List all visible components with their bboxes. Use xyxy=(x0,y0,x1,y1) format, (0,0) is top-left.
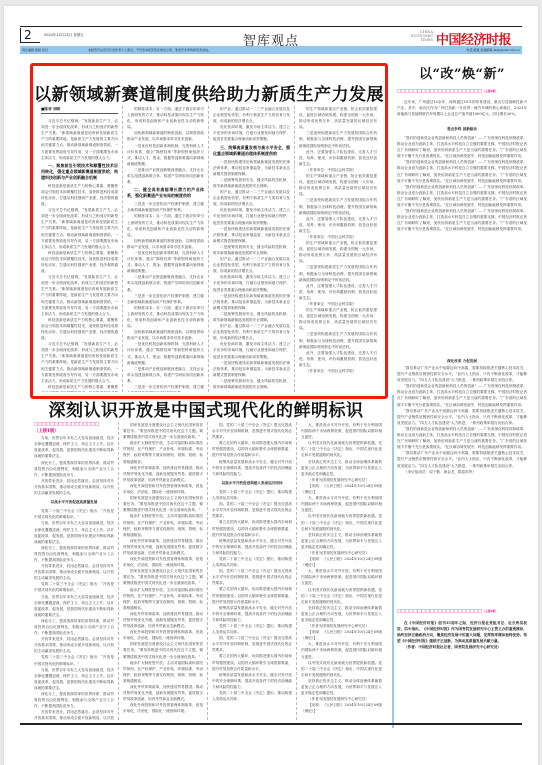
body-paragraph: “我们推动广东产业从中低端迈向中高端，需要持续推进关键核心技术攻关，提升产业链供… xyxy=(397,408,527,426)
body-paragraph: 二是推动产业链创新链深度融合，支持企业牵头组建创新联合体，构建产学研用协同创新体… xyxy=(127,366,204,384)
second-column-2: 国家发展是全面建设社会主义现代化国家的首要任务。“要坚持推进中国式现代化这个主题… xyxy=(119,422,208,720)
body-paragraph: “我们的创新是企业的创新和科技人员的创新”……广东省深化科技体制改革，推动企业成… xyxy=(397,208,527,232)
body-paragraph: 开放带来进步，封闭必然落后。必须坚持对外开放基本国策，推动形成全面开放新格局，以… xyxy=(34,478,114,496)
kicker-suffix: （上接1版） xyxy=(482,609,498,613)
lead-article-columns: ■陈菲 刘晓 习近平总书记强调，“发展新质生产力，必须进一步全面深化改革，形成与… xyxy=(37,106,381,392)
reporters-credit: （采访组成员：周子勤、唐金龙、陈春英等） xyxy=(397,469,527,475)
body-paragraph: 三是进一步完善知识产权保护制度，建立健全新领域新赛道知识产权保护体系。 xyxy=(127,293,204,305)
body-paragraph: （作者单位：中国社会科学院） xyxy=(299,368,377,374)
right-subtitle-2: 深化改革 力促发展 xyxy=(397,358,527,364)
body-paragraph: 三是进一步完善知识产权保护制度，建立健全新领域新赛道知识产权保护体系。 xyxy=(127,384,204,392)
body-paragraph: 党的二十届三中全会《决定》指出：“开放是中国式现代化的鲜明标识。” xyxy=(34,654,114,666)
body-paragraph: 深化分工，提高资源效率的世界体系，推动贸易投资自由化便利化，积极参与全球产业分工… xyxy=(34,618,114,636)
section-subtitle: 以高水平开放促进高质量发展 xyxy=(34,499,114,505)
body-paragraph: 的制度成本；另一方面，通过下游应用牵引上游研发的方式，推动科技成果向现实生产力转… xyxy=(127,305,204,329)
body-paragraph: 的生产领域和重点产业链，防止低效重复建设，促进区域协调发展，构建全国统一大市场，… xyxy=(299,173,377,197)
body-paragraph: 党的二十届三中全会《决定》指出：“开放是中国式现代化的鲜明标识。” xyxy=(34,581,114,593)
body-paragraph: 【来源：《人民日报》2024年10月24日09版（理论）】 xyxy=(301,629,382,641)
body-paragraph: 三是加快构建新质生产力发展的国际合作机制，积极参与全球科技治理，提升我国在新领域… xyxy=(299,197,377,215)
body-paragraph: 深化外商投资和对外投资管理体制改革，营造市场化、法治化、国际化一流营商环境。 xyxy=(123,483,203,495)
body-paragraph: 大，推进高水平对外开放，有利于充分利用国内国际两个市场两种资源，促进国内国际双循… xyxy=(301,422,382,440)
body-paragraph: 大，推进高水平对外开放，有利于充分利用国内国际两个市场两种资源，促进国内国际双循… xyxy=(301,495,382,513)
body-paragraph: 深化分工，提高资源效率的世界体系，推动贸易投资自由化便利化，积极参与全球产业分工… xyxy=(34,460,114,478)
body-paragraph: 的产业。通过推动一二三产业融合发展以及企业数智化转型，有利于新质生产力的培育与发… xyxy=(213,189,290,207)
body-paragraph: “我们的创新是企业的创新和科技人员的创新”……广东省深化科技体制改革，推动企业成… xyxy=(397,159,527,183)
body-paragraph: 的产业。通过推动一二三产业融合发展以及企业数智化转型，有利于新质生产力的培育与发… xyxy=(213,323,290,341)
body-paragraph: “我们推动广东产业从中低端迈向中高端，需要持续推进关键核心技术攻关，提升产业链供… xyxy=(397,450,527,468)
body-paragraph: 优化营商环境，激发市场主体活力。建立公平竞争的市场环境，打破行业壁垒和地方保护，… xyxy=(213,207,290,225)
body-paragraph: 国。党的二十届三中全会《决定》提出完善高水平对外开放体制机制，是推进中国式现代化… xyxy=(212,568,292,586)
body-paragraph: 【来源：《人民日报》2024年10月24日09版（理论）】 xyxy=(301,483,382,495)
right-kicker: □□□□□□□□□□□□□□□□□□□□□（上接1版） xyxy=(397,89,527,94)
disclaimer: 本版所刊文章仅代表作者个人观点，不代表本报及所在单位立场，欢迎学术争鸣和读者来信… xyxy=(88,46,211,54)
body-paragraph: 以中国式现代化新成就为世界提供新机遇。党的二十届三中全会《决定》指出，中国式现代… xyxy=(301,440,382,458)
second-column-4: 大，推进高水平对外开放，有利于充分利用国内国际两个市场两种资源，促进国内国际双循… xyxy=(297,422,386,720)
body-paragraph: 当前，世界百年未有之大变局加速演进，经济全球化遭遇逆流，保护主义、单边主义上升。… xyxy=(34,435,114,459)
body-paragraph: 加快新领域新赛道的制度创新，以制度供给推动产业发展，以市场需求牵引技术创新。 xyxy=(127,329,204,341)
body-paragraph: 开放带来进步，封闭必然落后。必须坚持对外开放基本国策，推动形成全面开放新格局，以… xyxy=(34,563,114,581)
body-paragraph: 的生产领域和重点产业链，防止低效重复建设，促进区域协调发展，构建全国统一大市场，… xyxy=(299,240,377,264)
body-paragraph: 一是优化科技创新体制机制，完善科研人才评价体系，健全“揭榜挂帅”等新型科研组织方… xyxy=(127,250,204,274)
second-column-3: 国。党的二十届三中全会《决定》提出完善高水平对外开放体制机制，是推进中国式现代化… xyxy=(208,422,297,720)
body-paragraph: 科技创新是新质生产力的核心要素，要聚焦前沿引领技术和颠覆性技术，加快推进科技成果… xyxy=(41,384,118,392)
body-paragraph: 科技创新是新质生产力的核心要素，要聚焦前沿引领技术和颠覆性技术，加快推进科技成果… xyxy=(41,183,118,207)
right-subtitle-1-wrap: 观点争鸣 创新驱动 xyxy=(397,123,527,131)
body-paragraph: 深化外商投资和对外投资管理体制改革，营造市场化、法治化、国际化一流营商环境。 xyxy=(123,556,203,568)
body-paragraph: 以中国式现代化新成就为世界提供新机遇。党的二十届三中全会《决定》指出，中国式现代… xyxy=(301,587,382,605)
body-paragraph: 一是优化科技创新体制机制，完善科研人才评价体系，健全“揭榜挂帅”等新型科研组织方… xyxy=(127,143,204,167)
body-paragraph: 二是统筹发展和安全，健全风险防范机制，筑牢新领域新赛道发展的安全屏障。 xyxy=(213,311,290,323)
body-paragraph: 深化外商投资和对外投资管理体制改革，营造市场化、法治化、国际化一流营商环境。 xyxy=(123,702,203,714)
body-paragraph: 党的二十届三中全会《决定》提出，推动构建人类命运共同体。 xyxy=(212,690,292,702)
right-body-1: “我们的创新是企业的创新和科技人员的创新”……广东省深化科技体制改革，推动企业成… xyxy=(397,135,527,355)
byline: ■陈菲 刘晓 xyxy=(41,106,118,114)
body-paragraph: 此外，还要加强人才队伍建设，完善人才引进、培养、使用、评价和激励机制，营造良好创… xyxy=(299,149,377,167)
body-paragraph: 【来源：《人民日报》2024年10月24日09版（理论）】 xyxy=(301,702,382,714)
right-kicker-2: □□□□□□□□□□□□□□□□□□□□□（上接1版） xyxy=(397,609,527,614)
body-paragraph: 的产业。通过推动一二三产业融合发展以及企业数智化转型，有利于新质生产力的培育与发… xyxy=(213,256,290,274)
body-paragraph: 党的二十届三中全会《决定》提出，推动构建人类命运共同体。 xyxy=(212,489,292,501)
body-paragraph: 坚持真正的多边主义，推动全球治理体系朝着更加公正合理的方向发展，为世界和平与发展… xyxy=(301,532,382,550)
body-paragraph: 的制度成本；另一方面，通过下游应用牵引上游研发的方式，推动科技成果向现实生产力转… xyxy=(127,106,204,130)
body-paragraph: 二是统筹发展和安全，健全风险防范机制，筑牢新领域新赛道发展的安全屏障。 xyxy=(213,177,290,189)
body-paragraph: 一是加快构建适应新领域新赛道发展的法律法规体系，推动包容审慎监管，为新技术新业态… xyxy=(213,293,290,311)
body-paragraph: 大，推进高水平对外开放，有利于充分利用国内国际两个市场两种资源，促进国内国际双循… xyxy=(301,568,382,586)
body-paragraph: 深化外贸体制改革，加快建设贸易强国。推动货物贸易优化升级，创新发展服务贸易，促进… xyxy=(123,611,203,629)
brand-en-line: TIMES xyxy=(411,38,433,42)
right-body-2: “我们推动广东产业从中低端迈向中高端，需要持续推进关键核心技术攻关，提升产业链供… xyxy=(397,365,527,595)
body-paragraph: 国家发展是全面建设社会主义现代化国家的首要任务。“要坚持推进中国式现代化这个主题… xyxy=(123,568,203,586)
right-headline: 以“改”焕“新” xyxy=(397,63,527,82)
body-paragraph: 深化分工，提高资源效率的世界体系，推动贸易投资自由化便利化，积极参与全球产业分工… xyxy=(34,545,114,563)
body-paragraph: 稳步扩大制度型开放，主动对接国际高标准经贸规则，在产权保护、产业补贴、环境标准、… xyxy=(123,440,203,464)
body-paragraph: 稳步扩大制度型开放，主动对接国际高标准经贸规则，在产权保护、产业补贴、环境标准、… xyxy=(123,513,203,537)
subheading: 二、健全具有高能增长潜力的产业体系，强化新赛道产业布局的制度供给 xyxy=(127,187,204,199)
body-paragraph: 要立足国内大循环，协同推进强大国内市场和贸易强国建设，以国内大循环吸引全球资源要… xyxy=(212,586,292,604)
body-paragraph: “我们的创新是企业的创新和科技人员的创新”……广东省深化科技体制改革，推动企业成… xyxy=(397,426,527,450)
body-paragraph: 国。党的二十届三中全会《决定》提出完善高水平对外开放体制机制，是推进中国式现代化… xyxy=(212,635,292,653)
body-paragraph: 习近平总书记强调，“发展新质生产力，必须进一步全面深化改革，形成与之相适应的新型… xyxy=(41,341,118,384)
subheading: 一、聚焦前沿引领技术和颠覆性技术应用转化，强化重点领域新赛道制度供给，构建科技创… xyxy=(41,163,118,181)
body-paragraph: 国家发展是全面建设社会主义现代化国家的首要任务。“要坚持推进中国式现代化这个主题… xyxy=(123,495,203,513)
body-paragraph: 坚持真正的多边主义，推动全球治理体系朝着更加公正合理的方向发展，为世界和平与发展… xyxy=(301,678,382,696)
lead-headline: 以新领域新赛道制度供给助力新质生产力发展 xyxy=(33,80,385,105)
body-paragraph: 深化外贸体制改革，加快建设贸易强国。推动货物贸易优化升级，创新发展服务贸易，促进… xyxy=(123,465,203,483)
masthead-rule xyxy=(20,26,522,27)
body-paragraph: 开放带来进步，封闭必然落后。必须坚持对外开放基本国策，推动形成全面开放新格局，以… xyxy=(34,709,114,720)
body-paragraph: 党的二十届三中全会《决定》指出：“开放是中国式现代化的鲜明标识。” xyxy=(34,508,114,520)
right-subtitle-2-wrap: 深化改革 力促发展 xyxy=(397,355,527,365)
body-paragraph: 一是优化科技创新体制机制，完善科研人才评价体系，健全“揭榜挂帅”等新型科研组织方… xyxy=(127,341,204,365)
body-paragraph: 稳步扩大制度型开放，主动对接国际高标准经贸规则，在产权保护、产业补贴、环境标准、… xyxy=(123,587,203,611)
right-column-article: 以“改”焕“新” □□□□□□□□□□□□□□□□□□□□□（上接1版） 近年来… xyxy=(397,63,527,728)
body-paragraph: 深化分工，提高资源效率的世界体系，推动贸易投资自由化便利化，积极参与全球产业分工… xyxy=(34,691,114,709)
body-paragraph: 的制度成本；另一方面，通过下游应用牵引上游研发的方式，推动科技成果向现实生产力转… xyxy=(127,213,204,237)
body-paragraph: 稳步扩大制度型开放，主动对接国际高标准经贸规则，在产权保护、产业补贴、环境标准、… xyxy=(123,660,203,684)
body-paragraph: 二是推动产业链创新链深度融合，支持企业牵头组建创新联合体，构建产学研用协同创新体… xyxy=(127,274,204,292)
bottom-rule xyxy=(20,723,522,725)
body-paragraph: 要立足国内大循环，协同推进强大国内市场和贸易强国建设，以国内大循环吸引全球资源要… xyxy=(212,519,292,537)
body-paragraph: 的生产领域和重点产业链，防止低效重复建设，促进区域协调发展，构建全国统一大市场，… xyxy=(299,106,377,130)
body-paragraph: 二是统筹发展和安全，健全风险防范机制，筑牢新领域新赛道发展的安全屏障。 xyxy=(213,378,290,390)
body-paragraph: 坚持真正的多边主义，推动全球治理体系朝着更加公正合理的方向发展，为世界和平与发展… xyxy=(301,459,382,477)
body-paragraph: 统筹高质量发展和高水平安全，健全对外开放中的安全保障体系，提高开放条件下的经济治… xyxy=(212,538,292,556)
kicker-text: □□□□□□□□□□□□□□□□□□□□□ xyxy=(397,609,482,614)
body-paragraph: 优化营商环境，激发市场主体活力。建立公平竞争的市场环境，打破行业壁垒和地方保护，… xyxy=(213,341,290,359)
right-subtitle-1: 观点争鸣 创新驱动 xyxy=(397,126,527,131)
newspaper-page: 2 2024年10月25日 星期五 智库观点 CHINA ECONOMIC TI… xyxy=(4,6,538,765)
section-subtitle: 以高水平开放促进构建人类命运共同体 xyxy=(212,480,292,486)
body-paragraph: 当前，世界百年未有之大变局加速演进，经济全球化遭遇逆流，保护主义、单边主义上升。… xyxy=(34,667,114,691)
body-paragraph: 科技创新是新质生产力的核心要素，要聚焦前沿引领技术和颠覆性技术，加快推进科技成果… xyxy=(41,250,118,274)
body-paragraph: 以中国式现代化新成就为世界提供新机遇。党的二十届三中全会《决定》指出，中国式现代… xyxy=(301,660,382,678)
body-paragraph: 三是加快构建新质生产力发展的国际合作机制，积极参与全球科技治理，提升我国在新领域… xyxy=(299,331,377,349)
body-paragraph: 【来源：《人民日报》2024年10月24日09版（理论）】 xyxy=(301,556,382,568)
body-paragraph: 优化营商环境，激发市场主体活力。建立公平竞争的市场环境，打破行业壁垒和地方保护，… xyxy=(213,274,290,292)
body-paragraph: 国。党的二十届三中全会《决定》提出完善高水平对外开放体制机制，是推进中国式现代化… xyxy=(212,422,292,440)
lead-column-2: 的制度成本；另一方面，通过下游应用牵引上游研发的方式，推动科技成果向现实生产力转… xyxy=(123,106,209,392)
body-paragraph: 此外，还要加强人才队伍建设，完善人才引进、培养、使用、评价和激励机制，营造良好创… xyxy=(299,216,377,234)
body-paragraph: 坚持真正的多边主义，推动全球治理体系朝着更加公正合理的方向发展，为世界和平与发展… xyxy=(301,605,382,623)
body-paragraph: 国家发展是全面建设社会主义现代化国家的首要任务。“要坚持推进中国式现代化这个主题… xyxy=(123,641,203,659)
body-paragraph: 深化外贸体制改革，加快建设贸易强国。推动货物贸易优化升级，创新发展服务贸易，促进… xyxy=(123,684,203,702)
intro-paragraph: 近年来，广州通过10余年，深圳通过10年的培育建设，重点打造战略性新兴产业。其中… xyxy=(397,99,527,117)
lead-column-4: 的生产领域和重点产业链，防止低效重复建设，促进区域协调发展，构建全国统一大市场，… xyxy=(295,106,381,392)
lead-column-1: ■陈菲 刘晓 习近平总书记强调，“发展新质生产力，必须进一步全面深化改革，形成与… xyxy=(37,106,123,392)
lead-article-highlight[interactable]: 以新领域新赛道制度供给助力新质生产力发展 ■陈菲 刘晓 习近平总书记强调，“发展… xyxy=(30,63,388,399)
right-intro: 近年来，广州通过10余年，深圳通过10年的培育建设，重点打造战略性新兴产业。其中… xyxy=(397,99,527,123)
second-column-1: □□□□□□□□□□□□□□□□（上接1版）当前，世界百年未有之大变局加速演进，… xyxy=(30,422,119,720)
body-paragraph: 的产业。通过推动一二三产业融合发展以及企业数智化转型，有利于新质生产力的培育与发… xyxy=(213,106,290,124)
body-paragraph: 当前，世界百年未有之大变局加速演进，经济全球化遭遇逆流，保护主义、单边主义上升。… xyxy=(34,520,114,544)
body-paragraph: 加快新领域新赛道的制度创新，以制度供给推动产业发展，以市场需求牵引技术创新。 xyxy=(127,238,204,250)
body-paragraph: 党的二十届三中全会《决定》提出，推动构建人类命运共同体。 xyxy=(212,623,292,635)
body-paragraph: 统筹高质量发展和高水平安全，健全对外开放中的安全保障体系，提高开放条件下的经济治… xyxy=(212,605,292,623)
body-paragraph: 国。党的二十届三中全会《决定》提出完善高水平对外开放体制机制，是推进中国式现代化… xyxy=(212,501,292,519)
kicker-suffix: （上接1版） xyxy=(34,429,58,434)
body-paragraph: 的生产领域和重点产业链，防止低效重复建设，促进区域协调发展，构建全国统一大市场，… xyxy=(299,307,377,331)
body-paragraph: 统筹高质量发展和高水平安全，健全对外开放中的安全保障体系，提高开放条件下的经济治… xyxy=(212,672,292,690)
body-paragraph: 深化外贸体制改革，加快建设贸易强国。推动货物贸易优化升级，创新发展服务贸易，促进… xyxy=(123,538,203,556)
body-paragraph: “我们的创新是企业的创新和科技人员的创新”……广东省深化科技体制改革，推动企业成… xyxy=(397,383,527,407)
second-headline: 深刻认识开放是中国式现代化的鲜明标识 xyxy=(30,396,382,421)
body-paragraph: 深化外商投资和对外投资管理体制改革，营造市场化、法治化、国际化一流营商环境。 xyxy=(123,629,203,641)
body-paragraph: 国家发展是全面建设社会主义现代化国家的首要任务。“要坚持推进中国式现代化这个主题… xyxy=(123,422,203,440)
body-paragraph: 要立足国内大循环，协同推进强大国内市场和贸易强国建设，以国内大循环吸引全球资源要… xyxy=(212,440,292,458)
body-paragraph: 一是加快构建适应新领域新赛道发展的法律法规体系，推动包容审慎监管，为新技术新业态… xyxy=(213,159,290,177)
body-paragraph: 习近平总书记强调，“发展新质生产力，必须进一步全面深化改革，形成与之相适应的新型… xyxy=(41,274,118,317)
kicker-text: □□□□□□□□□□□□□□□□□□□□□ xyxy=(397,89,482,94)
body-paragraph: 一是加快构建适应新领域新赛道发展的法律法规体系，推动包容审慎监管，为新技术新业态… xyxy=(213,226,290,244)
body-paragraph: 二是统筹发展和安全，健全风险防范机制，筑牢新领域新赛道发展的安全屏障。 xyxy=(213,244,290,256)
second-article-columns: □□□□□□□□□□□□□□□□（上接1版）当前，世界百年未有之大变局加速演进，… xyxy=(30,422,386,720)
body-paragraph: 此外，还要加强人才队伍建设，完善人才引进、培养、使用、评价和激励机制，营造良好创… xyxy=(299,283,377,301)
body-paragraph: 以中国式现代化新成就为世界提供新机遇。党的二十届三中全会《决定》指出，中国式现代… xyxy=(301,513,382,531)
brand-english-logo: CHINA ECONOMIC TIMES xyxy=(411,30,433,43)
body-paragraph: 三是进一步完善知识产权保护制度，建立健全新领域新赛道知识产权保护体系。 xyxy=(127,201,204,213)
body-paragraph: 要立足国内大循环，协同推进强大国内市场和贸易强国建设，以国内大循环吸引全球资源要… xyxy=(212,653,292,671)
body-paragraph: 统筹高质量发展和高水平安全，健全对外开放中的安全保障体系，提高开放条件下的经济治… xyxy=(212,459,292,477)
body-paragraph: “我们的创新是企业的创新和科技人员的创新”……广东省深化科技体制改革，推动企业成… xyxy=(397,184,527,208)
body-paragraph: 加快新领域新赛道的制度创新，以制度供给推动产业发展，以市场需求牵引技术创新。 xyxy=(127,130,204,142)
right-body-3: 在《中国经济时报》创刊35周年之际，经济日报社党组书记、社长致信祝贺。信中指出，… xyxy=(397,620,527,700)
contact-info: 电话 邮箱 投稿邮箱 zkgd@cet.com.cn xyxy=(466,46,520,54)
body-paragraph: 当前，世界百年未有之大变局加速演进，经济全球化遭遇逆流，保护主义、单边主义上升。… xyxy=(34,594,114,618)
body-paragraph: 大，推进高水平对外开放，有利于充分利用国内国际两个市场两种资源，促进国内国际双循… xyxy=(301,641,382,659)
body-paragraph: “我们的创新是企业的创新和科技人员的创新”……广东省深化科技体制改革，推动企业成… xyxy=(397,135,527,159)
body-paragraph: “我们推动广东产业从中低端迈向中高端，需要持续推进关键核心技术攻关，提升产业链供… xyxy=(397,365,527,383)
body-paragraph: 开放带来进步，封闭必然落后。必须坚持对外开放基本国策，推动形成全面开放新格局，以… xyxy=(34,636,114,654)
body-paragraph: 三是加快构建新质生产力发展的国际合作机制，积极参与全球科技治理，提升我国在新领域… xyxy=(299,264,377,282)
lead-column-3: 的产业。通过推动一二三产业融合发展以及企业数智化转型，有利于新质生产力的培育与发… xyxy=(209,106,295,392)
subheading: 三、统筹高质量发展与高水平安全，强化重点领域新赛道治理体系制度供给 xyxy=(213,145,290,157)
kicker: □□□□□□□□□□□□□□□□ xyxy=(34,422,114,428)
kicker-suffix: （上接1版） xyxy=(482,89,498,93)
body-paragraph: 一是加快构建适应新领域新赛道发展的法律法规体系，推动包容审慎监管，为新技术新业态… xyxy=(213,360,290,378)
info-bar: 责任编辑 组版 校对 本版所刊文章仅代表作者个人观点，不代表本报及所在单位立场，… xyxy=(20,46,522,54)
body-paragraph: 科技创新是新质生产力的核心要素，要聚焦前沿引领技术和颠覆性技术，加快推进科技成果… xyxy=(41,317,118,341)
body-paragraph: 习近平总书记强调，“发展新质生产力，必须进一步全面深化改革，形成与之相适应的新型… xyxy=(41,207,118,250)
body-paragraph: 优化营商环境，激发市场主体活力。建立公平竞争的市场环境，打破行业壁垒和地方保护，… xyxy=(213,124,290,142)
footnote: （作者：中国经济时报社记者，国务院发展研究中心研究员） xyxy=(397,644,527,650)
column-divider xyxy=(392,395,394,728)
body-paragraph: 三是加快构建新质生产力发展的国际合作机制，积极参与全球科技治理，提升我国在新领域… xyxy=(299,130,377,148)
editor-info: 责任编辑 组版 校对 xyxy=(22,46,48,54)
body-paragraph: 此外，还要加强人才队伍建设，完善人才引进、培养、使用、评价和激励机制，营造良好创… xyxy=(299,350,377,368)
body-paragraph: 习近平总书记强调，“发展新质生产力，必须进一步全面深化改革，形成与之相适应的新型… xyxy=(41,118,118,161)
body-paragraph: 在《中国经济时报》创刊35周年之际，经济日报社党组书记、社长致信祝贺。信中指出，… xyxy=(397,620,527,644)
body-paragraph: 二是推动产业链创新链深度融合，支持企业牵头组建创新联合体，构建产学研用协同创新体… xyxy=(127,167,204,185)
body-paragraph: 党的二十届三中全会《决定》提出，推动构建人类命运共同体。 xyxy=(212,556,292,568)
